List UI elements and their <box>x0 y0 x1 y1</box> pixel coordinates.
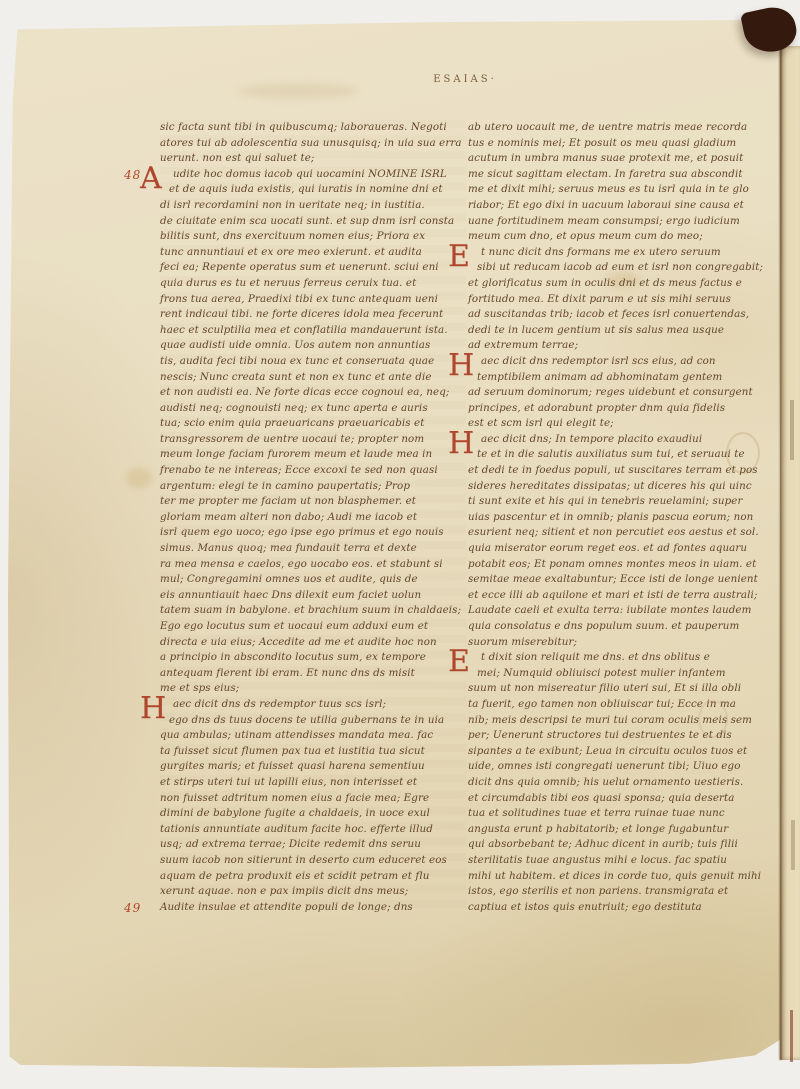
text-line: ad suscitandas trib; iacob et feces isrl… <box>468 307 774 323</box>
line-text: uias pascentur et in omnib; planis pascu… <box>468 510 753 526</box>
text-line: ab utero uocauit me, de uentre matris me… <box>468 120 774 136</box>
line-text: sibi ut reducam iacob ad eum et isrl non… <box>477 260 763 276</box>
text-line: esurient neq; sitient et non percutiet e… <box>468 525 774 541</box>
rubricated-initial: H <box>448 430 474 458</box>
line-text: semitae meae exaltabuntur; Ecce isti de … <box>468 572 758 588</box>
line-text: sipantes a te exibunt; Leua in circuitu … <box>468 744 747 760</box>
line-text: uane fortitudinem meam consumpsi; ergo i… <box>468 213 740 229</box>
text-line: captiua et istos quis enutriuit; ego des… <box>468 900 774 916</box>
text-line: suum ut non misereatur filio uteri sui, … <box>468 681 774 697</box>
text-line: Haec dicit dns redemptor isrl scs eius, … <box>468 354 774 370</box>
running-title: ESAIAS· <box>160 74 770 85</box>
line-text: quia miserator eorum reget eos. et ad fo… <box>468 541 747 557</box>
line-text: ad suscitandas trib; iacob et feces isrl… <box>468 307 749 323</box>
text-line: argentum: elegi te in camino paupertatis… <box>160 479 466 495</box>
line-text: xerunt aquae. non e pax impiis dicit dns… <box>160 884 408 900</box>
text-line: 49Audite insulae et attendite populi de … <box>160 900 466 916</box>
line-text: isrl quem ego uoco; ego ipse ego primus … <box>160 525 444 541</box>
text-line: gloriam meam alteri non dabo; Audi me ia… <box>160 510 466 526</box>
line-text: di isrl recordamini non in ueritate neq;… <box>160 198 425 214</box>
text-line: ego dns ds tuus docens te utilia guberna… <box>160 713 466 729</box>
line-text: udite hoc domus iacob qui uocamini NOMIN… <box>173 167 447 183</box>
text-line: frons tua aerea, Praedixi tibi ex tunc a… <box>160 292 466 308</box>
text-line: directa e uia eius; Accedite ad me et au… <box>160 635 466 651</box>
line-text: tatem suam in babylone. et brachium suum… <box>160 603 461 619</box>
text-line: quia miserator eorum reget eos. et ad fo… <box>468 541 774 557</box>
line-text: ad extremum terrae; <box>468 338 578 354</box>
text-line: tatem suam in babylone. et brachium suum… <box>160 603 466 619</box>
text-line: Et dixit sion reliquit me dns. et dns ob… <box>468 650 774 666</box>
text-line: fortitudo mea. Et dixit parum e ut sis m… <box>468 292 774 308</box>
line-text: acutum in umbra manus suae protexit me, … <box>468 151 743 167</box>
text-line: semitae meae exaltabuntur; Ecce isti de … <box>468 572 774 588</box>
line-text: suum iacob non sitierunt in deserto cum … <box>160 853 447 869</box>
text-line: audisti neq; cognouisti neq; ex tunc ape… <box>160 401 466 417</box>
line-text: nib; meis descripsi te muri tui coram oc… <box>468 712 752 728</box>
text-line: xerunt aquae. non e pax impiis dicit dns… <box>160 884 466 900</box>
line-text: aec dicit dns redemptor isrl scs eius, a… <box>481 354 716 370</box>
page-edge-ink-mark <box>790 400 794 460</box>
line-text: est et scm isrl qui elegit te; <box>468 416 614 432</box>
line-text: et non audisti ea. Ne forte dicas ecce c… <box>160 385 449 401</box>
line-text: quia durus es tu et neruus ferreus cerui… <box>160 276 416 292</box>
text-line: quae audisti uide omnia. Uos autem non a… <box>160 338 466 354</box>
text-line: et de aquis iuda existis, qui iuratis in… <box>160 182 466 198</box>
page-edge-ink-mark <box>791 820 795 870</box>
line-text: angusta erunt p habitatorib; et longe fu… <box>468 822 728 838</box>
line-text: tis, audita feci tibi noua ex tunc et co… <box>160 354 434 370</box>
text-line: dedi te in lucem gentium ut sis salus me… <box>468 323 774 339</box>
text-line: uide, omnes isti congregati uenerunt tib… <box>468 759 774 775</box>
line-text: mei; Numquid obliuisci potest mulier inf… <box>477 666 726 682</box>
line-text: et circumdabis tibi eos quasi sponsa; qu… <box>468 790 735 806</box>
text-line: gurgites maris; et fuisset quasi harena … <box>160 759 466 775</box>
line-text: t dixit sion reliquit me dns. et dns obl… <box>481 650 710 666</box>
line-text: fortitudo mea. Et dixit parum e ut sis m… <box>468 291 731 307</box>
text-line: tua; scio enim quia praeuaricans praeuar… <box>160 416 466 432</box>
line-text: ad seruum dominorum; reges uidebunt et c… <box>468 385 753 401</box>
text-line: ad extremum terrae; <box>468 338 774 354</box>
line-text: atores tui ab adolescentia sua unusquisq… <box>160 135 462 151</box>
text-line: tis, audita feci tibi noua ex tunc et co… <box>160 354 466 370</box>
age-stain <box>238 84 358 98</box>
line-text: frenabo te ne intereas; Ecce excoxi te s… <box>160 463 438 479</box>
text-line: meum cum dno, et opus meum cum do meo; <box>468 229 774 245</box>
line-text: ego dns ds tuus docens te utilia guberna… <box>169 712 444 728</box>
chapter-number: 48 <box>124 168 141 184</box>
text-line: et circumdabis tibi eos quasi sponsa; qu… <box>468 791 774 807</box>
line-text: nescis; Nunc creata sunt et non ex tunc … <box>160 369 432 385</box>
line-text: ter me propter me faciam ut non blasphem… <box>160 494 416 510</box>
line-text: et glorificatus sum in oculis dni et ds … <box>468 276 742 292</box>
line-text: eis annuntiauit haec Dns dilexit eum fac… <box>160 588 421 604</box>
line-text: a principio in abscondito locutus sum, e… <box>160 650 426 666</box>
text-line: di isrl recordamini non in ueritate neq;… <box>160 198 466 214</box>
line-text: meum cum dno, et opus meum cum do meo; <box>468 229 703 245</box>
text-line: ter me propter me faciam ut non blasphem… <box>160 494 466 510</box>
line-text: bilitis sunt, dns exercituum nomen eius;… <box>160 229 425 245</box>
text-line: et dedi te in foedus populi, ut suscitar… <box>468 463 774 479</box>
text-line: sterilitatis tuae angustus mihi e locus.… <box>468 853 774 869</box>
line-text: per; Uenerunt structores tui destruentes… <box>468 728 732 744</box>
text-line: antequam fierent ibi eram. Et nunc dns d… <box>160 666 466 682</box>
line-text: qua ambulas; utinam attendisses mandata … <box>160 728 433 744</box>
text-line: non fuisset adtritum nomen eius a facie … <box>160 791 466 807</box>
line-text: sterilitatis tuae angustus mihi e locus.… <box>468 853 727 869</box>
line-text: esurient neq; sitient et non percutiet e… <box>468 525 759 541</box>
text-line: uias pascentur et in omnib; planis pascu… <box>468 510 774 526</box>
line-text: suum ut non misereatur filio uteri sui, … <box>468 681 741 697</box>
manuscript-photo: ESAIAS· sic facta sunt tibi in quibuscum… <box>0 0 800 1089</box>
line-text: simus. Manus quoq; mea fundauit terra et… <box>160 541 417 557</box>
book-page-edges <box>780 46 800 1060</box>
text-line: Ego ego locutus sum et uocaui eum adduxi… <box>160 619 466 635</box>
line-text: me et dixit mihi; seruus meus es tu isrl… <box>468 182 749 198</box>
text-line: istos, ego sterilis et non pariens. tran… <box>468 884 774 900</box>
text-line: angusta erunt p habitatorib; et longe fu… <box>468 822 774 838</box>
line-text: et stirps uteri tui ut lapilli eius, non… <box>160 775 417 791</box>
line-text: meum longe faciam furorem meum et laude … <box>160 447 432 463</box>
line-text: sic facta sunt tibi in quibuscumq; labor… <box>160 120 447 136</box>
line-text: ti sunt exite et his qui in tenebris reu… <box>468 494 742 510</box>
line-text: me et sps eius; <box>160 681 239 697</box>
rubricated-initial: H <box>448 352 474 380</box>
line-text: Audite insulae et attendite populi de lo… <box>160 900 413 916</box>
line-text: usq; ad extrema terrae; Dicite redemit d… <box>160 837 421 853</box>
text-line: tua et solitudines tuae et terra ruinae … <box>468 806 774 822</box>
text-line: et ecce illi ab aquilone et mari et isti… <box>468 588 774 604</box>
text-line: Haec dicit dns ds redemptor tuus scs isr… <box>160 697 466 713</box>
text-line: potabit eos; Et ponam omnes montes meos … <box>468 557 774 573</box>
line-text: captiua et istos quis enutriuit; ego des… <box>468 900 702 916</box>
text-line: qua ambulas; utinam attendisses mandata … <box>160 728 466 744</box>
line-text: non fuisset adtritum nomen eius a facie … <box>160 790 429 806</box>
text-line: eis annuntiauit haec Dns dilexit eum fac… <box>160 588 466 604</box>
line-text: tua; scio enim quia praeuaricans praeuar… <box>160 416 425 432</box>
text-line: atores tui ab adolescentia sua unusquisq… <box>160 136 466 152</box>
text-line: Laudate caeli et exulta terra: iubilate … <box>468 603 774 619</box>
line-text: temptibilem animam ad abhominatam gentem <box>477 369 722 385</box>
line-text: dimini de babylone fugite a chaldaeis, i… <box>160 806 430 822</box>
text-line: frenabo te ne intereas; Ecce excoxi te s… <box>160 463 466 479</box>
text-line: sic facta sunt tibi in quibuscumq; labor… <box>160 120 466 136</box>
text-line: a principio in abscondito locutus sum, e… <box>160 650 466 666</box>
chapter-number: 49 <box>124 901 141 917</box>
text-line: et stirps uteri tui ut lapilli eius, non… <box>160 775 466 791</box>
text-line: transgressorem de uentre uocaui te; prop… <box>160 432 466 448</box>
line-text: tationis annuntiate auditum facite hoc. … <box>160 822 433 838</box>
rubricated-initial: A <box>140 165 162 193</box>
rubricated-initial: E <box>448 648 470 676</box>
line-text: aec dicit dns ds redemptor tuus scs isrl… <box>173 697 386 713</box>
line-text: aec dicit dns; In tempore placito exaudi… <box>481 432 702 448</box>
line-text: de ciuitate enim sca uocati sunt. et sup… <box>160 213 454 229</box>
page-edge-red-mark <box>790 1010 793 1062</box>
text-line: aquam de petra produxit eis et scidit pe… <box>160 869 466 885</box>
line-text: te et in die salutis auxiliatus sum tui,… <box>477 447 745 463</box>
text-line: haec et sculptilia mea et conflatilia ma… <box>160 323 466 339</box>
text-line: sipantes a te exibunt; Leua in circuitu … <box>468 744 774 760</box>
text-line: de ciuitate enim sca uocati sunt. et sup… <box>160 214 466 230</box>
line-text: aquam de petra produxit eis et scidit pe… <box>160 868 429 884</box>
line-text: tunc annuntiaui et ex ore meo exierunt. … <box>160 245 422 261</box>
text-line: est et scm isrl qui elegit te; <box>468 416 774 432</box>
line-text: me sicut sagittam electam. In faretra su… <box>468 167 743 183</box>
line-text: uerunt. non est qui saluet te; <box>160 151 314 167</box>
line-text: ab utero uocauit me, de uentre matris me… <box>468 120 747 136</box>
line-text: tua et solitudines tuae et terra ruinae … <box>468 806 725 822</box>
text-line: sideres hereditates dissipatas; ut dicer… <box>468 479 774 495</box>
text-line: te et in die salutis auxiliatus sum tui,… <box>468 447 774 463</box>
text-line: rent indicaui tibi. ne forte diceres ido… <box>160 307 466 323</box>
line-text: ra mea mensa e caelos, ego uocabo eos. e… <box>160 556 443 572</box>
text-line: et non audisti ea. Ne forte dicas ecce c… <box>160 385 466 401</box>
text-line: uerunt. non est qui saluet te; <box>160 151 466 167</box>
line-text: Ego ego locutus sum et uocaui eum adduxi… <box>160 619 428 635</box>
text-line: principes, et adorabunt propter dnm quia… <box>468 401 774 417</box>
text-line: per; Uenerunt structores tui destruentes… <box>468 728 774 744</box>
text-line: dicit dns quia omnib; his uelut ornament… <box>468 775 774 791</box>
text-line: suum iacob non sitierunt in deserto cum … <box>160 853 466 869</box>
text-line: me sicut sagittam electam. In faretra su… <box>468 167 774 183</box>
line-text: t nunc dicit dns formans me ex utero ser… <box>481 245 721 261</box>
line-text: gloriam meam alteri non dabo; Audi me ia… <box>160 510 417 526</box>
text-line: ra mea mensa e caelos, ego uocabo eos. e… <box>160 557 466 573</box>
line-text: riabor; Et ego dixi in uacuum laboraui s… <box>468 198 744 214</box>
text-line: Et nunc dicit dns formans me ex utero se… <box>468 245 774 261</box>
rubricated-initial: E <box>448 243 470 271</box>
line-text: quae audisti uide omnia. Uos autem non a… <box>160 338 430 354</box>
rubricated-initial: H <box>140 695 166 723</box>
line-text: rent indicaui tibi. ne forte diceres ido… <box>160 307 443 323</box>
text-line: ti sunt exite et his qui in tenebris reu… <box>468 494 774 510</box>
text-line: mihi ut habitem. et dices in corde tuo, … <box>468 869 774 885</box>
line-text: audisti neq; cognouisti neq; ex tunc ape… <box>160 401 428 417</box>
text-line: ta fuisset sicut flumen pax tua et iusti… <box>160 744 466 760</box>
page-edge-shadow <box>779 46 782 1060</box>
text-line: feci ea; Repente operatus sum et uenerun… <box>160 260 466 276</box>
text-line: qui absorbebant te; Adhuc dicent in auri… <box>468 837 774 853</box>
text-line: quia consolatus e dns populum suum. et p… <box>468 619 774 635</box>
line-text: sideres hereditates dissipatas; ut dicer… <box>468 479 752 495</box>
text-line: isrl quem ego uoco; ego ipse ego primus … <box>160 525 466 541</box>
line-text: et de aquis iuda existis, qui iuratis in… <box>169 182 443 198</box>
line-text: qui absorbebant te; Adhuc dicent in auri… <box>468 837 738 853</box>
text-line: suorum miserebitur; <box>468 635 774 651</box>
text-line: usq; ad extrema terrae; Dicite redemit d… <box>160 837 466 853</box>
text-line: mei; Numquid obliuisci potest mulier inf… <box>468 666 774 682</box>
line-text: principes, et adorabunt propter dnm quia… <box>468 401 725 417</box>
text-line: ta fuerit, ego tamen non obliuiscar tui;… <box>468 697 774 713</box>
line-text: ta fuerit, ego tamen non obliuiscar tui;… <box>468 697 736 713</box>
line-text: frons tua aerea, Praedixi tibi ex tunc a… <box>160 291 438 307</box>
text-line: acutum in umbra manus suae protexit me, … <box>468 151 774 167</box>
text-line: mul; Congregamini omnes uos et audite, q… <box>160 572 466 588</box>
line-text: directa e uia eius; Accedite ad me et au… <box>160 634 437 650</box>
text-line: sibi ut reducam iacob ad eum et isrl non… <box>468 260 774 276</box>
line-text: Laudate caeli et exulta terra: iubilate … <box>468 603 751 619</box>
line-text: dicit dns quia omnib; his uelut ornament… <box>468 775 743 791</box>
text-line: me et dixit mihi; seruus meus es tu isrl… <box>468 182 774 198</box>
line-text: et dedi te in foedus populi, ut suscitar… <box>468 463 758 479</box>
text-line: bilitis sunt, dns exercituum nomen eius;… <box>160 229 466 245</box>
text-line: nib; meis descripsi te muri tui coram oc… <box>468 713 774 729</box>
line-text: feci ea; Repente operatus sum et uenerun… <box>160 260 439 276</box>
text-line: tunc annuntiaui et ex ore meo exierunt. … <box>160 245 466 261</box>
text-line: ad seruum dominorum; reges uidebunt et c… <box>468 385 774 401</box>
text-line: tus e nominis mei; Et posuit os meu quas… <box>468 136 774 152</box>
text-line: me et sps eius; <box>160 681 466 697</box>
line-text: suorum miserebitur; <box>468 634 577 650</box>
text-line: nescis; Nunc creata sunt et non ex tunc … <box>160 370 466 386</box>
line-text: dedi te in lucem gentium ut sis salus me… <box>468 323 724 339</box>
text-line: dimini de babylone fugite a chaldaeis, i… <box>160 806 466 822</box>
text-line: temptibilem animam ad abhominatam gentem <box>468 370 774 386</box>
line-text: istos, ego sterilis et non pariens. tran… <box>468 884 728 900</box>
line-text: uide, omnes isti congregati uenerunt tib… <box>468 759 741 775</box>
line-text: mihi ut habitem. et dices in corde tuo, … <box>468 868 761 884</box>
line-text: mul; Congregamini omnes uos et audite, q… <box>160 572 418 588</box>
text-line: meum longe faciam furorem meum et laude … <box>160 447 466 463</box>
text-column-right: ab utero uocauit me, de uentre matris me… <box>468 120 774 915</box>
age-stain <box>126 468 152 488</box>
text-line: riabor; Et ego dixi in uacuum laboraui s… <box>468 198 774 214</box>
text-line: tationis annuntiate auditum facite hoc. … <box>160 822 466 838</box>
text-column-left: sic facta sunt tibi in quibuscumq; labor… <box>160 120 466 915</box>
text-line: quia durus es tu et neruus ferreus cerui… <box>160 276 466 292</box>
text-line: simus. Manus quoq; mea fundauit terra et… <box>160 541 466 557</box>
text-line: 48Audite hoc domus iacob qui uocamini NO… <box>160 167 466 183</box>
line-text: haec et sculptilia mea et conflatilia ma… <box>160 323 448 339</box>
line-text: transgressorem de uentre uocaui te; prop… <box>160 432 424 448</box>
line-text: tus e nominis mei; Et posuit os meu quas… <box>468 135 736 151</box>
text-line: uane fortitudinem meam consumpsi; ergo i… <box>468 214 774 230</box>
text-line: et glorificatus sum in oculis dni et ds … <box>468 276 774 292</box>
line-text: et ecce illi ab aquilone et mari et isti… <box>468 588 757 604</box>
line-text: gurgites maris; et fuisset quasi harena … <box>160 759 425 775</box>
line-text: ta fuisset sicut flumen pax tua et iusti… <box>160 744 425 760</box>
line-text: quia consolatus e dns populum suum. et p… <box>468 619 739 635</box>
line-text: antequam fierent ibi eram. Et nunc dns d… <box>160 666 415 682</box>
line-text: potabit eos; Et ponam omnes montes meos … <box>468 556 756 572</box>
text-line: Haec dicit dns; In tempore placito exaud… <box>468 432 774 448</box>
line-text: argentum: elegi te in camino paupertatis… <box>160 479 410 495</box>
